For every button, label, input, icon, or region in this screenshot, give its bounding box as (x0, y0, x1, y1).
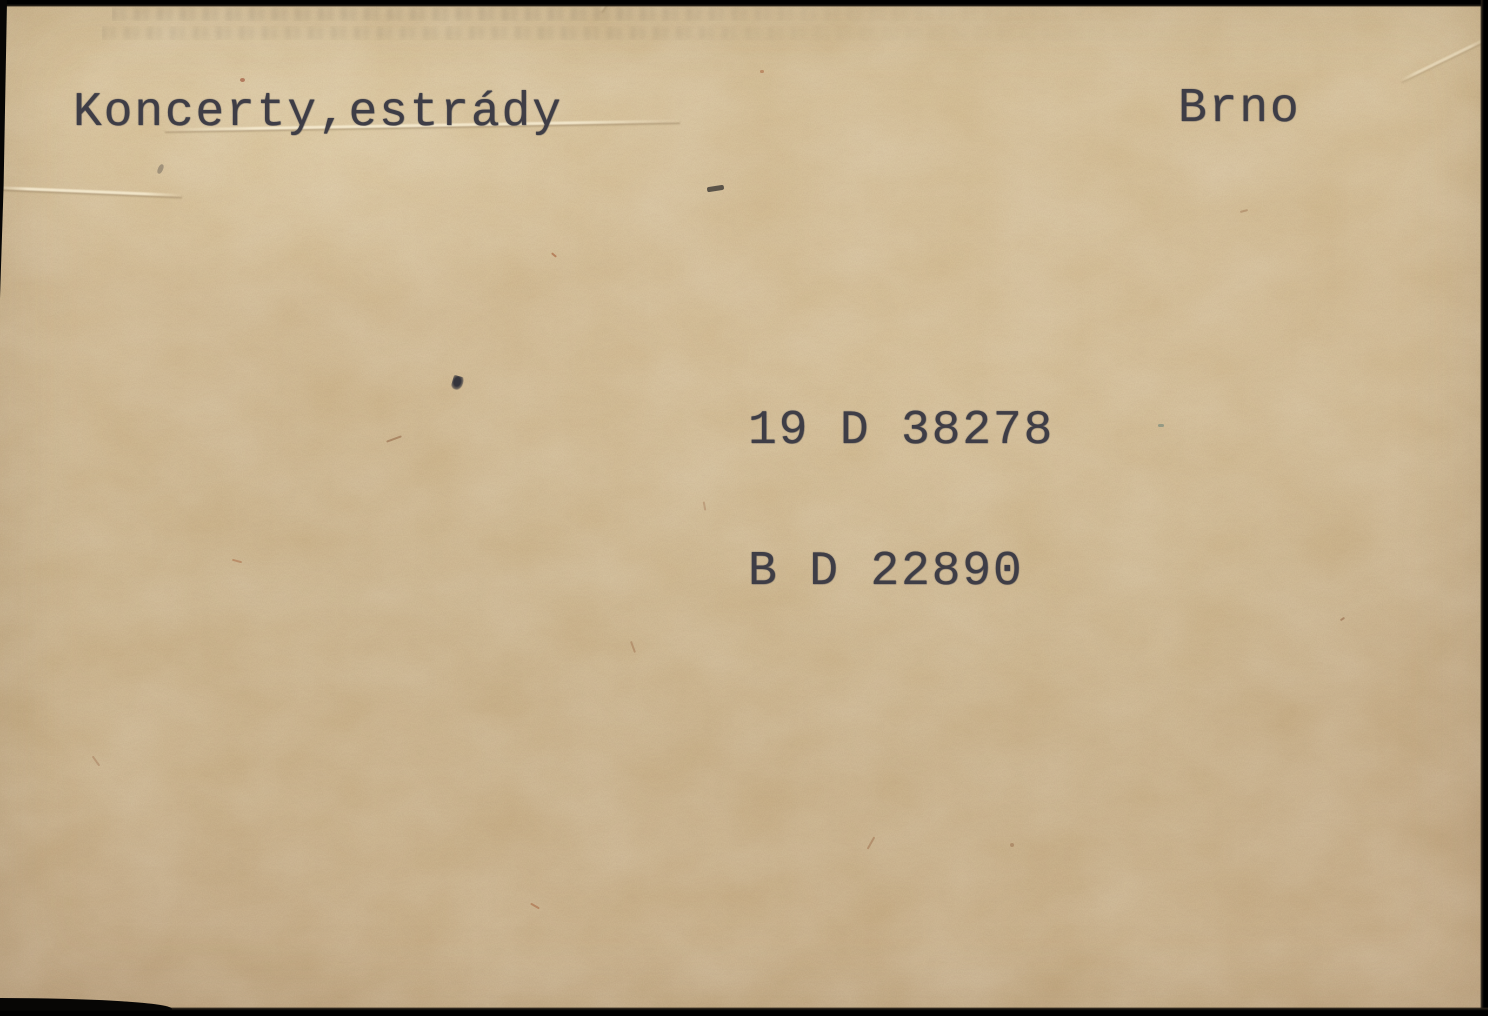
ink-tick-mark (156, 163, 165, 174)
bleedthrough-text-ghost (102, 26, 1267, 40)
ink-blot (450, 375, 464, 391)
scan-background: { "card": { "heading": "Koncerty,estrády… (0, 0, 1488, 1016)
catalog-numbers: 19 D 38278 B D 22890 (748, 314, 1054, 690)
ink-dash-mark (707, 185, 725, 193)
index-card: Koncerty,estrády Brno 19 D 38278 B D 228… (0, 0, 1488, 1016)
catalog-number-line-1: 19 D 38278 (748, 408, 1054, 455)
crease-line (0, 186, 182, 196)
card-heading: Koncerty,estrády (73, 88, 563, 138)
crease-line (1400, 37, 1487, 81)
paper-texture (0, 0, 1488, 1016)
card-city: Brno (1178, 84, 1300, 134)
catalog-number-line-2: B D 22890 (748, 549, 1054, 596)
bleedthrough-text-ghost (112, 7, 1252, 21)
